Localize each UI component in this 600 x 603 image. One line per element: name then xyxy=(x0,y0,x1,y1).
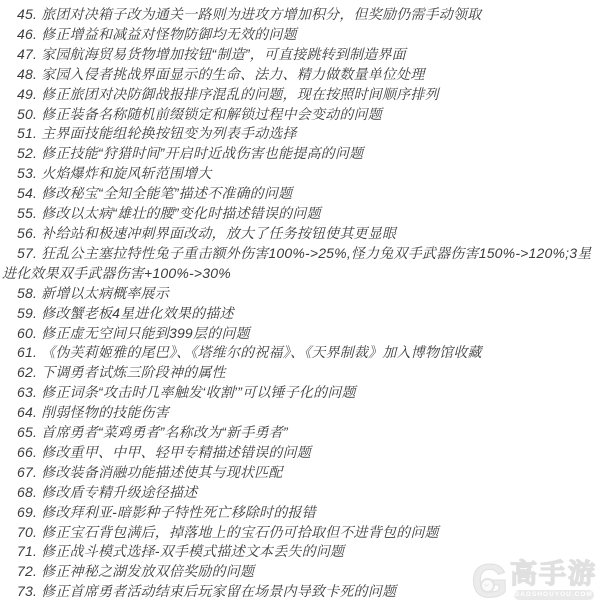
item-number: 67. xyxy=(17,464,37,480)
item-number: 57. xyxy=(17,245,37,261)
item-number: 60. xyxy=(17,325,37,341)
item-number: 58. xyxy=(17,285,37,301)
item-number: 56. xyxy=(17,225,37,241)
item-number: 48. xyxy=(17,66,37,82)
changelog-item: 51. 主界面技能组轮换按钮变为列表手动选择 xyxy=(2,124,599,144)
changelog-item: 52. 修正技能“狩猎时间”开启时近战伤害也能提高的问题 xyxy=(2,144,599,164)
item-number: 72. xyxy=(17,563,37,579)
item-text: 家园入侵者挑战界面显示的生命、法力、精力做数量单位处理 xyxy=(41,66,424,82)
logo-g-icon: G xyxy=(471,561,508,601)
changelog-item: 65. 首席勇者“菜鸡勇者”名称改为“新手勇者” xyxy=(2,423,599,443)
item-text: 修改盾专精升级途径描述 xyxy=(41,484,197,500)
item-number: 68. xyxy=(17,484,37,500)
logo-site-name: 高手游 xyxy=(510,561,597,588)
item-number: 50. xyxy=(17,106,37,122)
changelog-item: 47. 家园航海贸易货物增加按钮“制造”，可直接跳转到制造界面 xyxy=(2,45,599,65)
changelog-item: 70. 修正宝石背包满后，掉落地上的宝石仍可拾取但不进背包的问题 xyxy=(2,523,599,543)
item-text: 修改蟹老板4星进化效果的描述 xyxy=(41,305,234,321)
item-text: 修改以太病“雄壮的腰”变化时描述错误的问题 xyxy=(41,205,321,221)
item-number: 65. xyxy=(17,424,37,440)
item-text: 首席勇者“菜鸡勇者”名称改为“新手勇者” xyxy=(41,424,288,440)
changelog-item: 45. 旅团对决箱子改为通关一路则为进攻方增加积分，但奖励仍需手动领取 xyxy=(2,5,599,25)
item-number: 49. xyxy=(17,86,37,102)
changelog-item: 62. 下调勇者试炼三阶段神的属性 xyxy=(2,363,599,383)
item-number: 62. xyxy=(17,364,37,380)
item-number: 53. xyxy=(17,165,37,181)
gaoshouyou-watermark: G 高手游 GAOSHOUYOU.COM xyxy=(471,561,597,601)
item-text: 修改重甲、中甲、轻甲专精描述错误的问题 xyxy=(41,444,311,460)
item-text: 修正神秘之湖发放双倍奖励的问题 xyxy=(41,563,254,579)
item-number: 45. xyxy=(17,6,37,22)
patch-notes-document: 45. 旅团对决箱子改为通关一路则为进攻方增加积分，但奖励仍需手动领取46. 修… xyxy=(0,0,600,602)
item-number: 52. xyxy=(17,145,37,161)
item-text: 修正宝石背包满后，掉落地上的宝石仍可拾取但不进背包的问题 xyxy=(41,524,439,540)
changelog-item: 60. 修正虚无空间只能到399层的问题 xyxy=(2,324,599,344)
changelog-item: 55. 修改以太病“雄壮的腰”变化时描述错误的问题 xyxy=(2,204,599,224)
changelog-item: 66. 修改重甲、中甲、轻甲专精描述错误的问题 xyxy=(2,443,599,463)
item-text: 修改装备消融功能描述使其与现状匹配 xyxy=(41,464,282,480)
changelog-item: 48. 家园入侵者挑战界面显示的生命、法力、精力做数量单位处理 xyxy=(2,65,599,85)
changelog-item: 50. 修正装备名称随机前缀锁定和解锁过程中会变动的问题 xyxy=(2,105,599,125)
item-text: 修改拜利亚-暗影种子特性死亡移除时的报错 xyxy=(41,504,316,520)
changelog-item: 46. 修正增益和减益对怪物防御均无效的问题 xyxy=(2,25,599,45)
item-text: 修改秘宝“全知全能笔”描述不准确的问题 xyxy=(41,185,292,201)
item-text: 修正增益和减益对怪物防御均无效的问题 xyxy=(41,26,297,42)
item-text: 下调勇者试炼三阶段神的属性 xyxy=(41,364,226,380)
item-number: 54. xyxy=(17,185,37,201)
changelog-item: 59. 修改蟹老板4星进化效果的描述 xyxy=(2,304,599,324)
item-text: 火焰爆炸和旋风斩范围增大 xyxy=(41,165,211,181)
item-number: 55. xyxy=(17,205,37,221)
changelog-item: 67. 修改装备消融功能描述使其与现状匹配 xyxy=(2,463,599,483)
item-number: 59. xyxy=(17,305,37,321)
changelog-item: 58. 新增以太病概率展示 xyxy=(2,284,599,304)
item-text: 《伪芙莉姬雅的尾巴》、《塔维尔的祝福》、《天界制裁》加入博物馆收藏 xyxy=(41,344,482,360)
item-number: 64. xyxy=(17,404,37,420)
item-text: 旅团对决箱子改为通关一路则为进攻方增加积分，但奖励仍需手动领取 xyxy=(41,6,481,22)
changelog-item: 64. 削弱怪物的技能伤害 xyxy=(2,403,599,423)
item-number: 69. xyxy=(17,504,37,520)
changelog-item: 49. 修正旅团对决防御战报排序混乱的问题，现在按照时间顺序排列 xyxy=(2,85,599,105)
item-text: 修正词条“攻击时几率触发‘收割’”可以锤子化的问题 xyxy=(41,384,356,400)
changelog-item: 63. 修正词条“攻击时几率触发‘收割’”可以锤子化的问题 xyxy=(2,383,599,403)
item-text: 削弱怪物的技能伤害 xyxy=(41,404,169,420)
item-text: 修正技能“狩猎时间”开启时近战伤害也能提高的问题 xyxy=(41,145,363,161)
item-text: 修正装备名称随机前缀锁定和解锁过程中会变动的问题 xyxy=(41,106,382,122)
item-number: 70. xyxy=(17,524,37,540)
changelog-item: 54. 修改秘宝“全知全能笔”描述不准确的问题 xyxy=(2,184,599,204)
changelog-item: 68. 修改盾专精升级途径描述 xyxy=(2,483,599,503)
item-text: 新增以太病概率展示 xyxy=(41,285,169,301)
changelog-item: 61. 《伪芙莉姬雅的尾巴》、《塔维尔的祝福》、《天界制裁》加入博物馆收藏 xyxy=(2,343,599,363)
item-number: 47. xyxy=(17,46,37,62)
item-text: 修正战斗模式选择-双手模式描述文本丢失的问题 xyxy=(41,543,344,559)
changelog-item: 56. 补给站和极速冲刺界面改动，放大了任务按钮使其更显眼 xyxy=(2,224,599,244)
logo-face-icon xyxy=(480,578,495,593)
item-number: 46. xyxy=(17,26,37,42)
item-number: 61. xyxy=(17,344,37,360)
item-number: 63. xyxy=(17,384,37,400)
item-text: 修正虚无空间只能到399层的问题 xyxy=(41,325,250,341)
changelog-item: 53. 火焰爆炸和旋风斩范围增大 xyxy=(2,164,599,184)
item-number: 73. xyxy=(17,583,37,599)
item-text: 修正旅团对决防御战报排序混乱的问题，现在按照时间顺序排列 xyxy=(41,86,439,102)
changelog-item: 69. 修改拜利亚-暗影种子特性死亡移除时的报错 xyxy=(2,503,599,523)
item-number: 71. xyxy=(17,543,37,559)
changelog-item: 57. 狂乱公主塞拉特性兔子重击额外伤害100%->25%,怪力兔双手武器伤害1… xyxy=(2,244,599,284)
logo-site-domain: GAOSHOUYOU.COM xyxy=(514,590,594,600)
item-number: 51. xyxy=(17,125,37,141)
item-number: 66. xyxy=(17,444,37,460)
item-text: 家园航海贸易货物增加按钮“制造”，可直接跳转到制造界面 xyxy=(41,46,406,62)
item-text: 修正首席勇者活动结束后玩家留在场景内导致卡死的问题 xyxy=(41,583,396,599)
item-text: 补给站和极速冲刺界面改动，放大了任务按钮使其更显眼 xyxy=(41,225,396,241)
item-text: 主界面技能组轮换按钮变为列表手动选择 xyxy=(41,125,297,141)
item-text: 狂乱公主塞拉特性兔子重击额外伤害100%->25%,怪力兔双手武器伤害150%-… xyxy=(2,245,591,281)
